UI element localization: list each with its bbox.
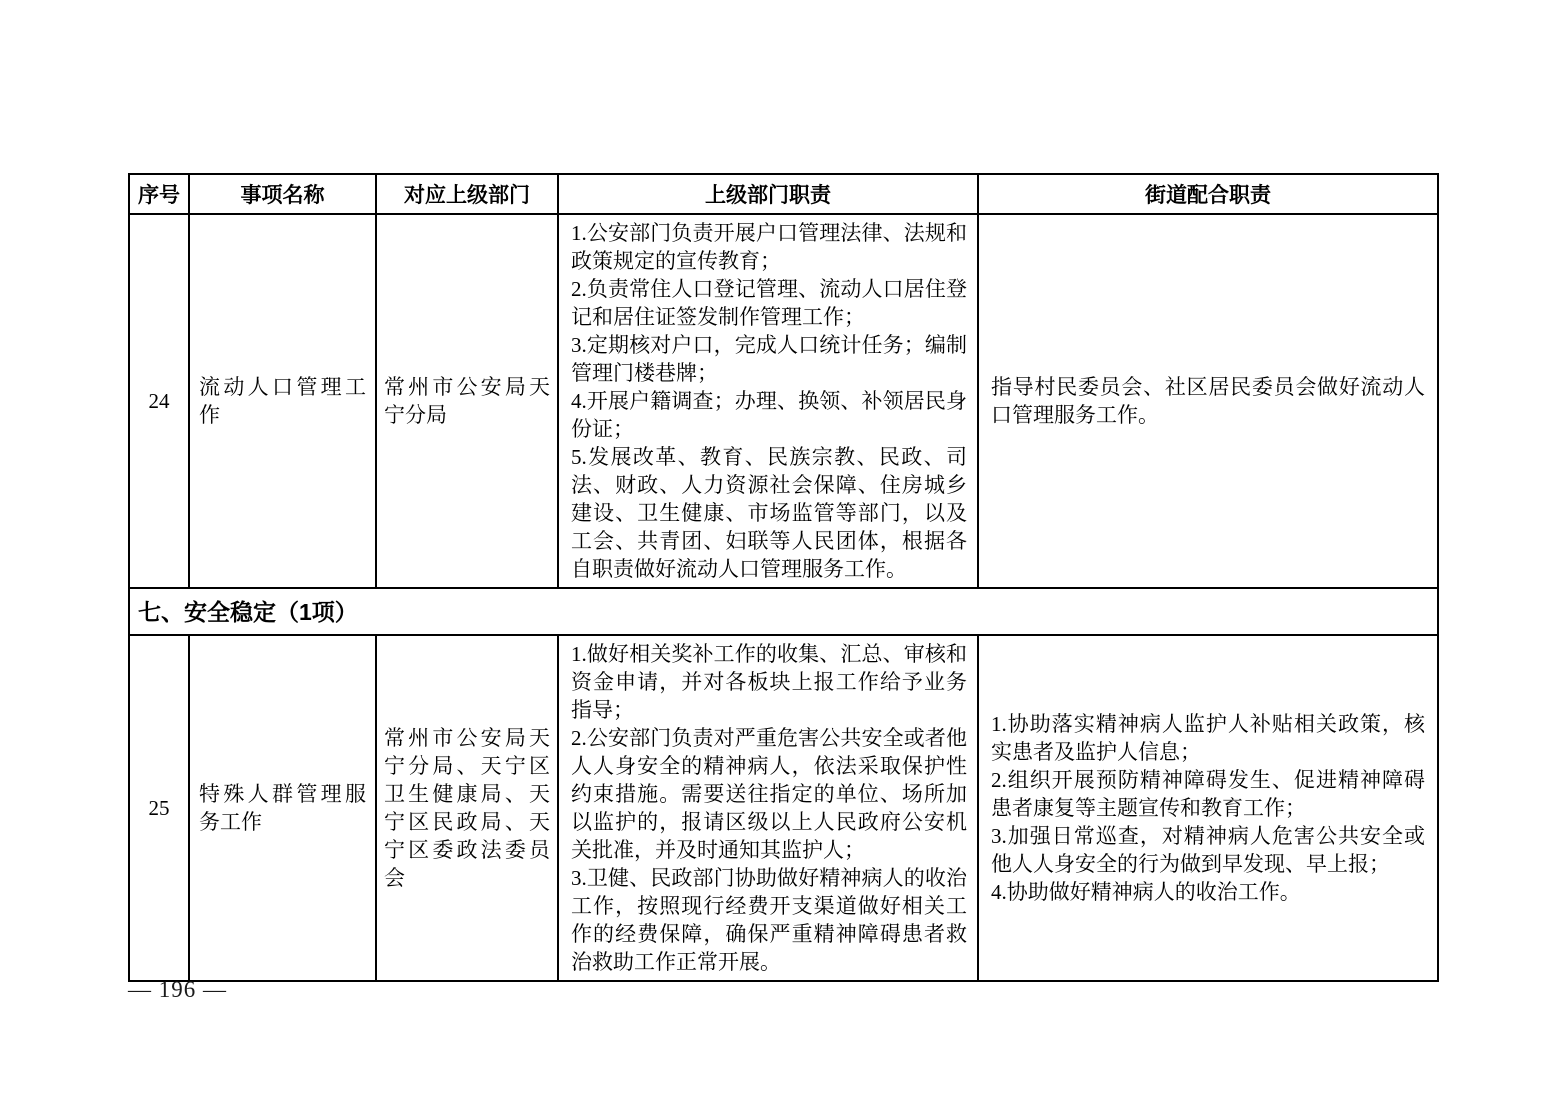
cell-superior-duties: 1.公安部门负责开展户口管理法律、法规和政策规定的宣传教育；2.负责常住人口登记…	[558, 214, 978, 588]
cell-superior-department: 常州市公安局天宁分局、天宁区卫生健康局、天宁区民政局、天宁区委政法委员会	[376, 635, 558, 981]
cell-superior-department: 常州市公安局天宁分局	[376, 214, 558, 588]
duty-item: 1.公安部门负责开展户口管理法律、法规和政策规定的宣传教育；	[571, 219, 967, 275]
duties-table: 序号 事项名称 对应上级部门 上级部门职责 街道配合职责 24 流动人口管理工作…	[128, 173, 1439, 982]
cell-row-no: 25	[129, 635, 189, 981]
duty-item: 4.协助做好精神病人的收治工作。	[991, 878, 1425, 906]
table-row: 24 流动人口管理工作 常州市公安局天宁分局 1.公安部门负责开展户口管理法律、…	[129, 214, 1438, 588]
duty-item: 2.公安部门负责对严重危害公共安全或者他人人身安全的精神病人，依法采取保护性约束…	[571, 724, 967, 864]
cell-item-name: 流动人口管理工作	[189, 214, 376, 588]
section-row: 七、安全稳定（1项）	[129, 588, 1438, 635]
column-header-item-name: 事项名称	[189, 174, 376, 214]
column-header-superior-duties: 上级部门职责	[558, 174, 978, 214]
column-header-superior-department: 对应上级部门	[376, 174, 558, 214]
duty-item: 3.卫健、民政部门协助做好精神病人的收治工作，按照现行经费开支渠道做好相关工作的…	[571, 864, 967, 976]
cell-superior-duties: 1.做好相关奖补工作的收集、汇总、审核和资金申请，并对各板块上报工作给予业务指导…	[558, 635, 978, 981]
column-header-no: 序号	[129, 174, 189, 214]
document-page: 序号 事项名称 对应上级部门 上级部门职责 街道配合职责 24 流动人口管理工作…	[0, 0, 1559, 1102]
section-header: 七、安全稳定（1项）	[129, 588, 1438, 635]
page-number: — 196 —	[128, 977, 227, 1003]
cell-row-no: 24	[129, 214, 189, 588]
cell-street-duties: 1.协助落实精神病人监护人补贴相关政策，核实患者及监护人信息；2.组织开展预防精…	[978, 635, 1438, 981]
duty-item: 3.定期核对户口，完成人口统计任务；编制管理门楼巷牌；	[571, 331, 967, 387]
column-header-street-duties: 街道配合职责	[978, 174, 1438, 214]
cell-street-duties: 指导村民委员会、社区居民委员会做好流动人口管理服务工作。	[978, 214, 1438, 588]
table-row: 25 特殊人群管理服务工作 常州市公安局天宁分局、天宁区卫生健康局、天宁区民政局…	[129, 635, 1438, 981]
duty-item: 4.开展户籍调查；办理、换领、补领居民身份证；	[571, 387, 967, 443]
duty-item: 1.做好相关奖补工作的收集、汇总、审核和资金申请，并对各板块上报工作给予业务指导…	[571, 640, 967, 724]
table-header-row: 序号 事项名称 对应上级部门 上级部门职责 街道配合职责	[129, 174, 1438, 214]
cell-item-name: 特殊人群管理服务工作	[189, 635, 376, 981]
duty-item: 指导村民委员会、社区居民委员会做好流动人口管理服务工作。	[991, 373, 1425, 429]
duty-item: 5.发展改革、教育、民族宗教、民政、司法、财政、人力资源社会保障、住房城乡建设、…	[571, 443, 967, 583]
duty-item: 3.加强日常巡查，对精神病人危害公共安全或他人人身安全的行为做到早发现、早上报；	[991, 822, 1425, 878]
duty-item: 1.协助落实精神病人监护人补贴相关政策，核实患者及监护人信息；	[991, 710, 1425, 766]
duty-item: 2.组织开展预防精神障碍发生、促进精神障碍患者康复等主题宣传和教育工作；	[991, 766, 1425, 822]
duty-item: 2.负责常住人口登记管理、流动人口居住登记和居住证签发制作管理工作；	[571, 275, 967, 331]
